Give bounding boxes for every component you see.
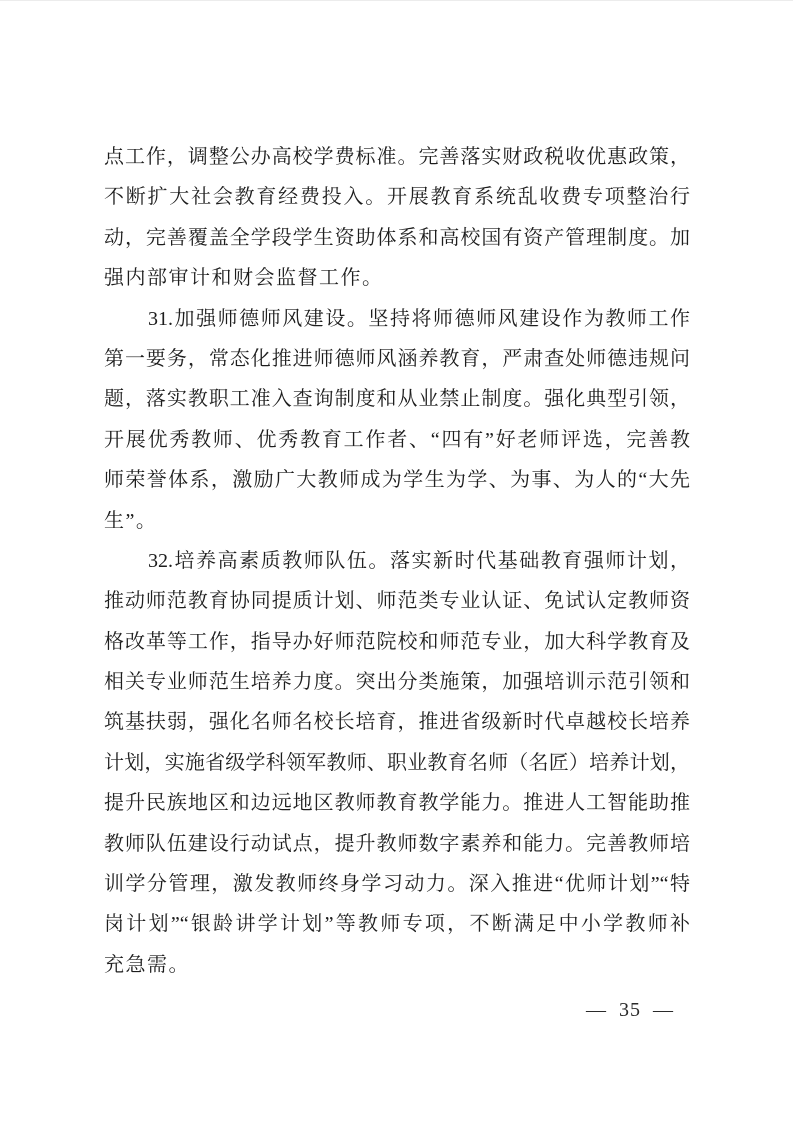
text-line: 师荣誉体系，激励广大教师成为学生为学、为事、为人的“大先 [104,460,690,500]
text-line: 相关专业师范生培养力度。突出分类施策，加强培训示范引领和 [104,662,690,702]
text-line: 充急需。 [104,945,690,985]
text-line: 筑基扶弱，强化名师名校长培育，推进省级新时代卓越校长培养 [104,702,690,742]
document-body: 点工作，调整公办高校学费标准。完善落实财政税收优惠政策， 不断扩大社会教育经费投… [104,137,690,985]
paragraph-item-32: 32.培养高素质教师队伍。落实新时代基础教育强师计划， 推动师范教育协同提质计划… [104,541,690,985]
text-line: 格改革等工作，指导办好师范院校和师范专业，加大科学教育及 [104,622,690,662]
text-line: 不断扩大社会教育经费投入。开展教育系统乱收费专项整治行 [104,177,690,217]
text-line: 点工作，调整公办高校学费标准。完善落实财政税收优惠政策， [104,137,690,177]
text-line: 提升民族地区和边远地区教师教育教学能力。推进人工智能助推 [104,783,690,823]
paragraph-continuation: 点工作，调整公办高校学费标准。完善落实财政税收优惠政策， 不断扩大社会教育经费投… [104,137,690,299]
page-number: — 35 — [0,999,674,1022]
text-line: 训学分管理，激发教师终身学习动力。深入推进“优师计划”“特 [104,864,690,904]
paragraph-item-31: 31.加强师德师风建设。坚持将师德师风建设作为教师工作 第一要务，常态化推进师德… [104,299,690,541]
text-line: 生”。 [104,501,690,541]
text-line: 开展优秀教师、优秀教育工作者、“四有”好老师评选，完善教 [104,420,690,460]
text-line: 32.培养高素质教师队伍。落实新时代基础教育强师计划， [104,541,690,581]
text-line: 31.加强师德师风建设。坚持将师德师风建设作为教师工作 [104,299,690,339]
text-line: 动，完善覆盖全学段学生资助体系和高校国有资产管理制度。加 [104,218,690,258]
document-page: 点工作，调整公办高校学费标准。完善落实财政税收优惠政策， 不断扩大社会教育经费投… [0,0,793,1123]
text-line: 题，落实教职工准入查询制度和从业禁止制度。强化典型引领， [104,379,690,419]
text-line: 第一要务，常态化推进师德师风涵养教育，严肃查处师德违规问 [104,339,690,379]
text-line: 推动师范教育协同提质计划、师范类专业认证、免试认定教师资 [104,581,690,621]
text-line: 强内部审计和财会监督工作。 [104,258,690,298]
text-line: 教师队伍建设行动试点，提升教师数字素养和能力。完善教师培 [104,824,690,864]
text-line: 计划，实施省级学科领军教师、职业教育名师（名匠）培养计划， [104,743,690,783]
text-line: 岗计划”“银龄讲学计划”等教师专项，不断满足中小学教师补 [104,904,690,944]
